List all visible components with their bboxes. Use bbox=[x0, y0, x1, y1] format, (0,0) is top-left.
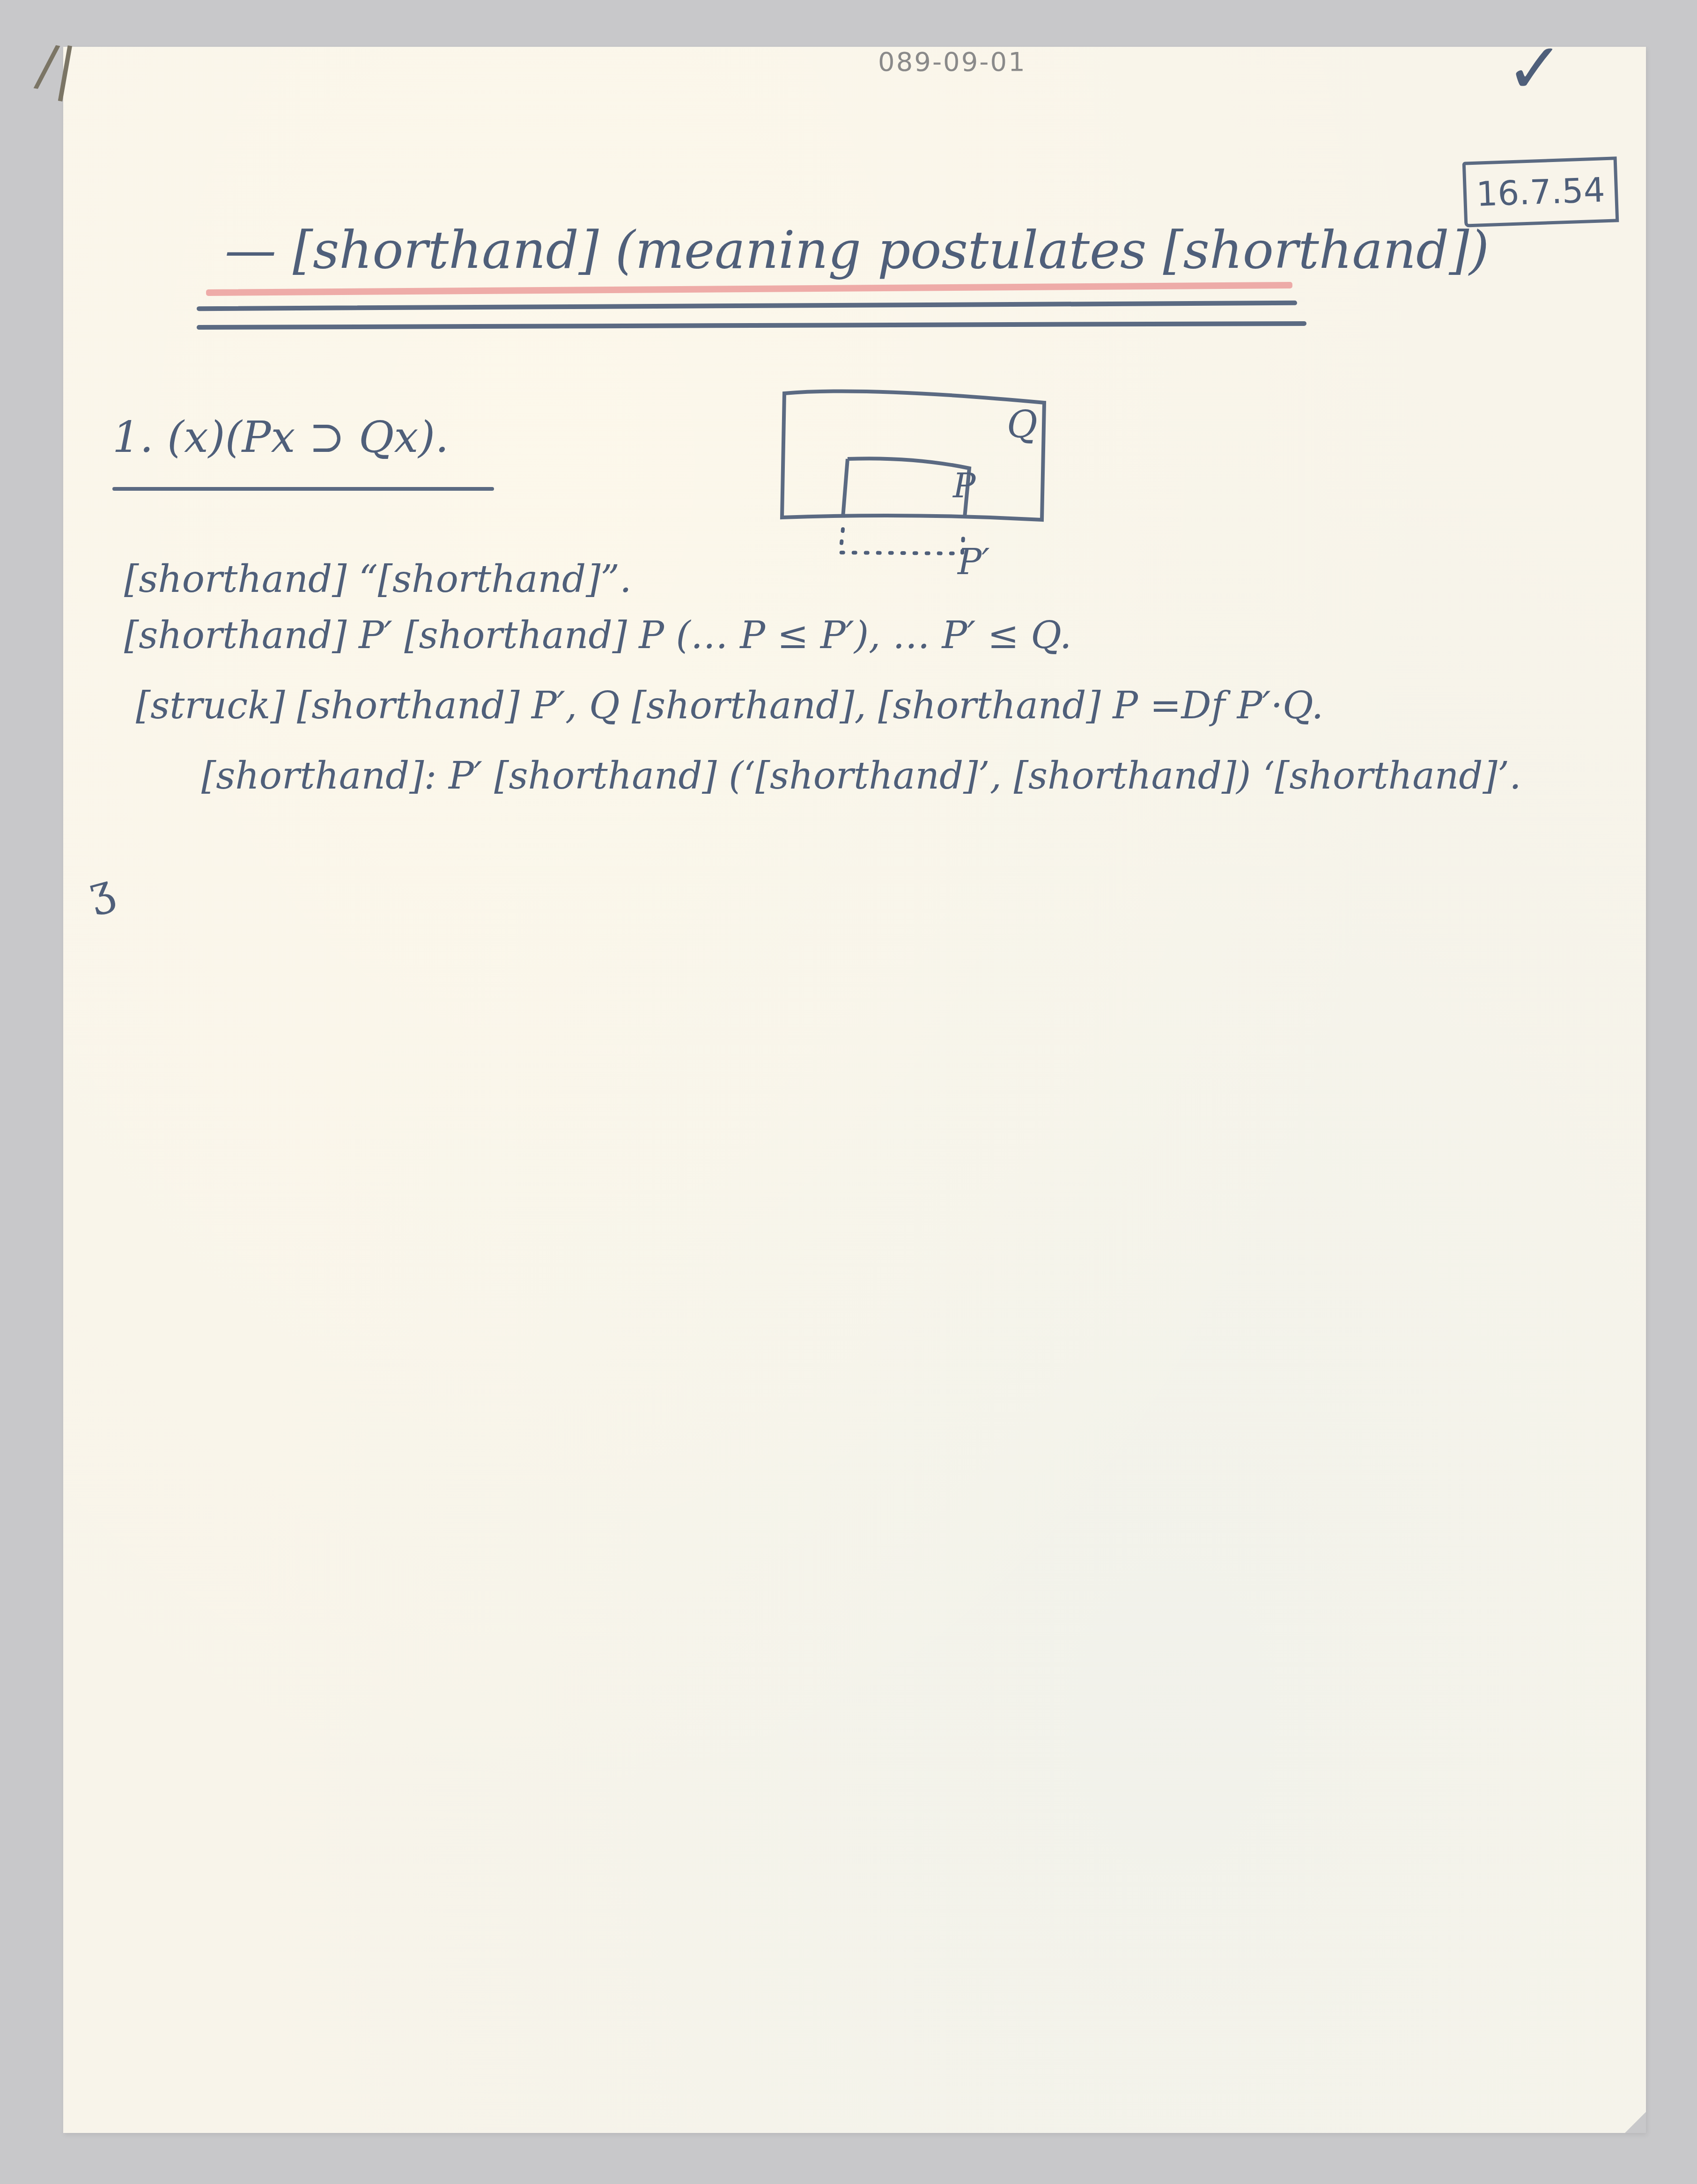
folded-corner bbox=[1625, 2112, 1646, 2133]
body-line-1: [shorthand] “[shorthand]”. bbox=[124, 557, 632, 601]
label-q: Q bbox=[1007, 403, 1038, 446]
manuscript-page bbox=[63, 47, 1646, 2133]
venn-diagram: Q P P′ bbox=[773, 375, 1063, 601]
formula-expression: (x)(Px ⊃ Qx). bbox=[167, 412, 449, 462]
label-p: P bbox=[953, 466, 975, 505]
date-text: 16.7.54 bbox=[1476, 170, 1606, 214]
date-box: 16.7.54 bbox=[1462, 156, 1619, 227]
formula-1: 1. (x)(Px ⊃ Qx). bbox=[112, 412, 449, 462]
body-line-3: [struck] [shorthand] P′, Q [shorthand], … bbox=[136, 684, 1323, 727]
archive-number: 089-09-01 bbox=[878, 47, 1026, 77]
page-heading: — [shorthand] (meaning postulates [short… bbox=[225, 220, 1489, 280]
formula-underline bbox=[112, 487, 494, 491]
body-line-2: [shorthand] P′ [shorthand] P (… P ≤ P′),… bbox=[124, 613, 1071, 657]
label-p-prime: P′ bbox=[958, 541, 989, 583]
checkmark-icon: ✓ bbox=[1505, 28, 1564, 110]
body-line-4: [shorthand]: P′ [shorthand] (‘[shorthand… bbox=[201, 754, 1521, 797]
formula-number: 1. bbox=[112, 412, 154, 462]
